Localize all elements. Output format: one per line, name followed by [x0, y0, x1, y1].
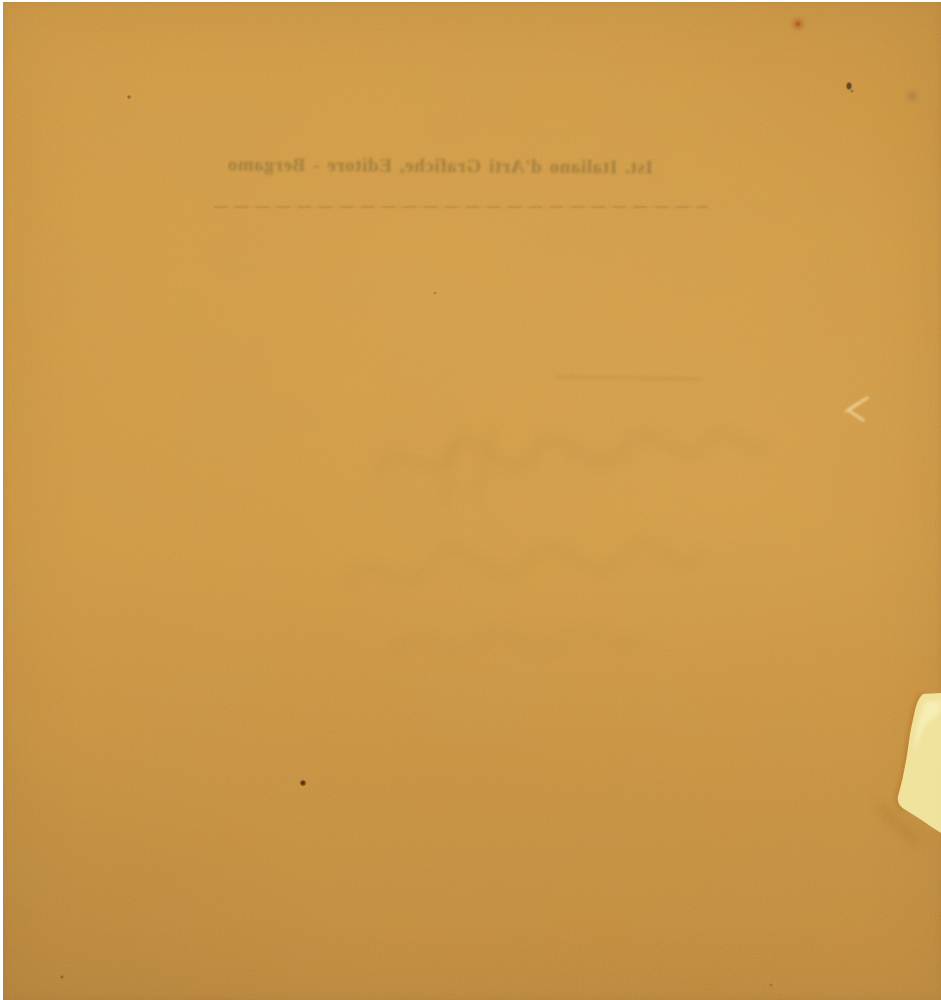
- ghost-imprint-rule: [214, 206, 708, 208]
- scanned-book-cover-page: Ist. Italiano d'Arti Grafiche, Editore -…: [0, 0, 941, 1000]
- ghost-publisher-imprint: Ist. Italiano d'Arti Grafiche, Editore -…: [212, 150, 668, 183]
